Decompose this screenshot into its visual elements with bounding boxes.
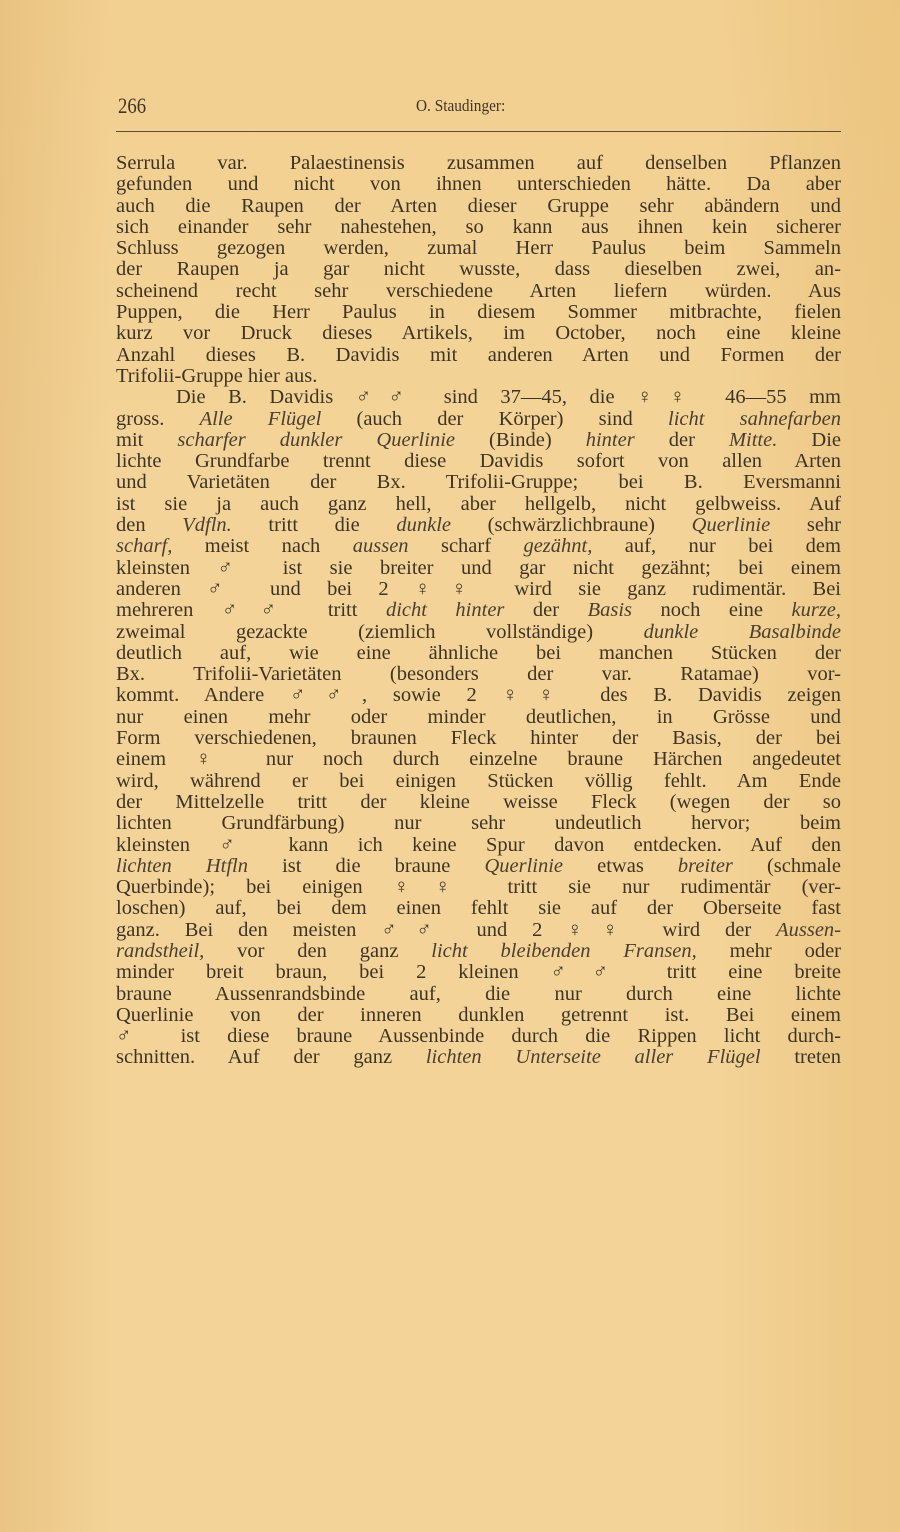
italic-text: Querlinie [484, 855, 563, 877]
italic-text: hinter [586, 429, 635, 451]
text-run: Anzahl dieses B. Davidis mit anderen Art… [116, 344, 841, 366]
text-run: mehreren ♂♂ tritt [116, 599, 386, 621]
text-run: ist sie ja auch ganz hell, aber hellgelb… [116, 493, 841, 515]
text-run: kleinsten ♂ ist sie breiter und gar nich… [116, 557, 841, 579]
text-line: Bx. Trifolii-Varietäten (besonders der v… [116, 664, 841, 685]
text-run: Form verschiedenen, braunen Fleck hinter… [116, 727, 841, 749]
text-line: einem ♀ nur noch durch einzelne braune H… [116, 749, 841, 770]
text-run: Schluss gezogen werden, zumal Herr Paulu… [116, 237, 841, 259]
italic-text: scharfer dunkler Querlinie [177, 429, 455, 451]
italic-text: Aussen- [776, 919, 841, 941]
page-number: 266 [118, 93, 146, 119]
text-run: mehr oder [697, 940, 841, 962]
text-run: (Binde) [455, 429, 586, 451]
text-run: sich einander sehr nahestehen, so kann a… [116, 216, 841, 238]
text-line: mit scharfer dunkler Querlinie (Binde) h… [116, 430, 841, 451]
text-run: kommt. Andere ♂♂, sowie 2 ♀♀ des B. Davi… [116, 684, 841, 706]
text-run: gross. [116, 408, 200, 430]
text-line: Querbinde); bei einigen ♀♀ tritt sie nur… [116, 877, 841, 898]
text-run: nur einen mehr oder minder deutlichen, i… [116, 706, 841, 728]
text-run: ♂ ist diese braune Aussenbinde durch die… [116, 1025, 841, 1047]
text-run: scharf [409, 535, 524, 557]
italic-text: licht bleibenden Fransen, [431, 940, 697, 962]
text-run: zweimal gezackte (ziemlich vollständige) [116, 621, 644, 643]
text-run: auf, nur bei dem [592, 535, 841, 557]
italic-text: Querlinie [692, 514, 771, 536]
text-run: und Varietäten der Bx. Trifolii-Gruppe; … [116, 471, 841, 493]
italic-text: dunkle [396, 514, 451, 536]
page-header: 266 O. Staudinger: [116, 93, 841, 119]
text-line: schnitten. Auf der ganz lichten Untersei… [116, 1047, 841, 1068]
text-run: der [635, 429, 729, 451]
book-page: 266 O. Staudinger: Serrula var. Palaesti… [116, 0, 841, 1532]
text-run: Trifolii-Gruppe hier aus. [116, 365, 317, 387]
text-line: der Raupen ja gar nicht wusste, dass die… [116, 259, 841, 280]
text-line: braune Aussenrandsbinde auf, die nur dur… [116, 984, 841, 1005]
text-run: minder breit braun, bei 2 kleinen ♂♂ tri… [116, 961, 841, 983]
italic-text: Basis [588, 599, 632, 621]
text-line: gefunden und nicht von ihnen unterschied… [116, 174, 841, 195]
text-run: lichten Grundfärbung) nur sehr undeutlic… [116, 812, 841, 834]
text-run: (schmale [733, 855, 841, 877]
italic-text: dunkle Basalbinde [644, 621, 841, 643]
italic-text: aussen [353, 535, 409, 557]
text-line: lichten Grundfärbung) nur sehr undeutlic… [116, 813, 841, 834]
text-line: Form verschiedenen, braunen Fleck hinter… [116, 728, 841, 749]
text-run: ist die braune [248, 855, 484, 877]
text-line: Serrula var. Palaestinensis zusammen auf… [116, 153, 841, 174]
text-run: kurz vor Druck dieses Artikels, im Octob… [116, 322, 841, 344]
text-line: lichte Grundfarbe trennt diese Davidis s… [116, 451, 841, 472]
text-run: den [116, 514, 182, 536]
text-run: der Raupen ja gar nicht wusste, dass die… [116, 258, 841, 280]
italic-text: Alle Flügel [200, 408, 322, 430]
text-line: sich einander sehr nahestehen, so kann a… [116, 217, 841, 238]
text-run: Die [777, 429, 841, 451]
text-line: lichten Htfln ist die braune Querlinie e… [116, 856, 841, 877]
text-line: den Vdfln. tritt die dunkle (schwärzlich… [116, 515, 841, 536]
text-run: loschen) auf, bei dem einen fehlt sie au… [116, 897, 841, 919]
text-run: (auch der Körper) sind [321, 408, 668, 430]
text-run: Querbinde); bei einigen ♀♀ tritt sie nur… [116, 876, 841, 898]
text-run: braune Aussenrandsbinde auf, die nur dur… [116, 983, 841, 1005]
text-line: Trifolii-Gruppe hier aus. [116, 366, 841, 387]
text-line: und Varietäten der Bx. Trifolii-Gruppe; … [116, 472, 841, 493]
text-line: wird, während er bei einigen Stücken völ… [116, 771, 841, 792]
italic-text: licht sahnefarben [668, 408, 841, 430]
text-run: (schwärzlichbraune) [451, 514, 692, 536]
text-run: etwas [563, 855, 678, 877]
text-line: zweimal gezackte (ziemlich vollständige)… [116, 622, 841, 643]
italic-text: lichten Unterseite aller Flügel [426, 1046, 761, 1068]
text-run: mit [116, 429, 177, 451]
text-run: der [504, 599, 587, 621]
text-run: deutlich auf, wie eine ähnliche bei manc… [116, 642, 841, 664]
text-run: sehr [770, 514, 841, 536]
running-head: O. Staudinger: [416, 96, 505, 116]
text-run: kleinsten ♂ kann ich keine Spur davon en… [116, 834, 841, 856]
text-run: wird, während er bei einigen Stücken völ… [116, 770, 841, 792]
text-run: Bx. Trifolii-Varietäten (besonders der v… [116, 663, 841, 685]
italic-text: scharf, [116, 535, 172, 557]
header-rule [116, 131, 841, 132]
text-line: minder breit braun, bei 2 kleinen ♂♂ tri… [116, 962, 841, 983]
italic-text: gezähnt, [523, 535, 592, 557]
text-line: ist sie ja auch ganz hell, aber hellgelb… [116, 494, 841, 515]
text-line: Anzahl dieses B. Davidis mit anderen Art… [116, 345, 841, 366]
text-run: gefunden und nicht von ihnen unterschied… [116, 173, 841, 195]
text-line: kommt. Andere ♂♂, sowie 2 ♀♀ des B. Davi… [116, 685, 841, 706]
text-line: scharf, meist nach aussen scharf gezähnt… [116, 536, 841, 557]
text-line: Die B. Davidis ♂♂ sind 37—45, die ♀♀ 46—… [116, 387, 841, 408]
text-run: meist nach [172, 535, 352, 557]
italic-text: Vdfln. [182, 514, 232, 536]
text-run: Die B. Davidis ♂♂ sind 37—45, die ♀♀ 46—… [176, 386, 841, 408]
text-line: kleinsten ♂ kann ich keine Spur davon en… [116, 835, 841, 856]
text-run: vor den ganz [204, 940, 431, 962]
italic-text: kurze, [791, 599, 841, 621]
text-line: kleinsten ♂ ist sie breiter und gar nich… [116, 558, 841, 579]
text-line: ganz. Bei den meisten ♂♂ und 2 ♀♀ wird d… [116, 920, 841, 941]
text-line: scheinend recht sehr verschiedene Arten … [116, 281, 841, 302]
italic-text: lichten Htfln [116, 855, 248, 877]
text-run: auch die Raupen der Arten dieser Gruppe … [116, 195, 841, 217]
italic-text: breiter [678, 855, 733, 877]
text-run: scheinend recht sehr verschiedene Arten … [116, 280, 841, 302]
text-run: Puppen, die Herr Paulus in diesem Sommer… [116, 301, 841, 323]
text-line: loschen) auf, bei dem einen fehlt sie au… [116, 898, 841, 919]
text-run: tritt die [232, 514, 397, 536]
italic-text: Mitte. [729, 429, 777, 451]
text-line: nur einen mehr oder minder deutlichen, i… [116, 707, 841, 728]
text-run: Serrula var. Palaestinensis zusammen auf… [116, 152, 841, 174]
text-line: kurz vor Druck dieses Artikels, im Octob… [116, 323, 841, 344]
italic-text: randstheil, [116, 940, 204, 962]
text-line: Puppen, die Herr Paulus in diesem Sommer… [116, 302, 841, 323]
italic-text: dicht hinter [386, 599, 504, 621]
text-line: ♂ ist diese braune Aussenbinde durch die… [116, 1026, 841, 1047]
text-line: auch die Raupen der Arten dieser Gruppe … [116, 196, 841, 217]
text-run: treten [761, 1046, 841, 1068]
text-run: der Mittelzelle tritt der kleine weisse … [116, 791, 841, 813]
text-line: mehreren ♂♂ tritt dicht hinter der Basis… [116, 600, 841, 621]
text-line: anderen ♂ und bei 2 ♀♀ wird sie ganz rud… [116, 579, 841, 600]
body-text: Serrula var. Palaestinensis zusammen auf… [116, 153, 841, 1069]
text-run: einem ♀ nur noch durch einzelne braune H… [116, 748, 841, 770]
text-run: lichte Grundfarbe trennt diese Davidis s… [116, 450, 841, 472]
text-run: noch eine [632, 599, 791, 621]
text-run: schnitten. Auf der ganz [116, 1046, 426, 1068]
text-run: anderen ♂ und bei 2 ♀♀ wird sie ganz rud… [116, 578, 841, 600]
text-line: deutlich auf, wie eine ähnliche bei manc… [116, 643, 841, 664]
text-run: ganz. Bei den meisten ♂♂ und 2 ♀♀ wird d… [116, 919, 776, 941]
text-line: Schluss gezogen werden, zumal Herr Paulu… [116, 238, 841, 259]
text-line: der Mittelzelle tritt der kleine weisse … [116, 792, 841, 813]
text-run: Querlinie von der inneren dunklen getren… [116, 1004, 841, 1026]
text-line: randstheil, vor den ganz licht bleibende… [116, 941, 841, 962]
text-line: Querlinie von der inneren dunklen getren… [116, 1005, 841, 1026]
text-line: gross. Alle Flügel (auch der Körper) sin… [116, 409, 841, 430]
